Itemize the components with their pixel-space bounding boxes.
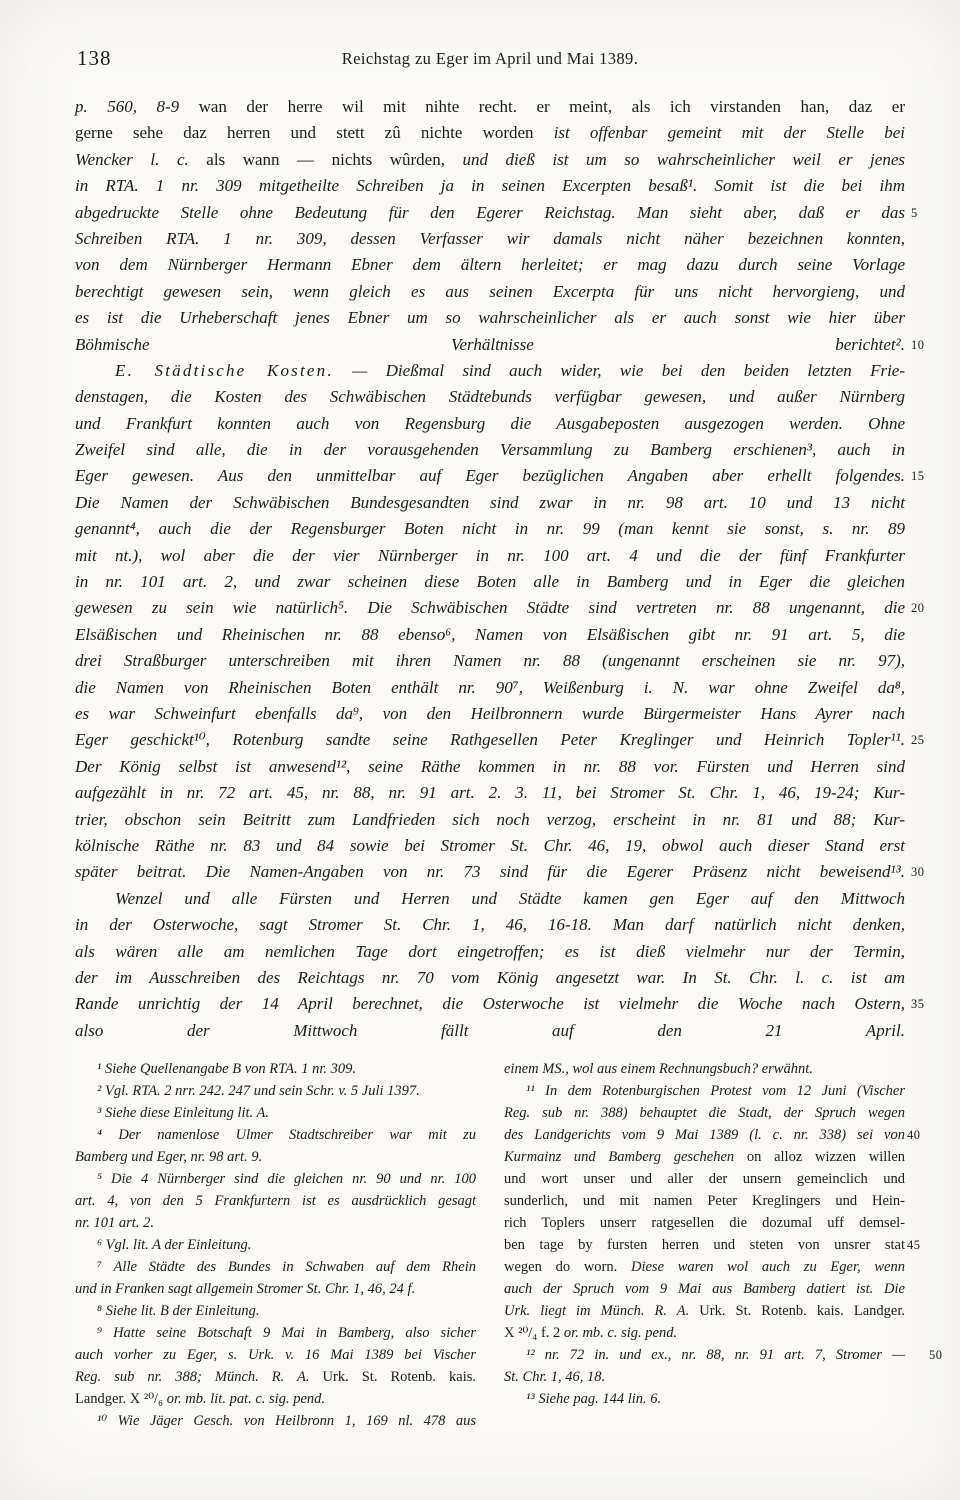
text-segment: rich Toplers unserr ratgesellen die dozu… (504, 1215, 905, 1231)
text-line: denstagen, die Kosten des Schwäbischen S… (75, 384, 905, 410)
text-line: Zweifel sind alle, die in der vorausgehe… (75, 437, 905, 463)
text-line: Rande unrichtig der 14 April berechnet, … (75, 991, 905, 1017)
text-segment: Der König selbst ist anwesend¹², seine R… (75, 757, 905, 776)
text-line: X ²⁰/₄ f. 2 or. mb. c. sig. pend. (504, 1322, 905, 1344)
text-line: wegen do worn. Diese waren wol auch zu E… (504, 1256, 905, 1278)
text-line: ⁴ Der namenlose Ulmer Stadtschreiber war… (75, 1124, 476, 1146)
text-segment: E. Städtische Kosten. (115, 361, 334, 380)
text-segment: es war Schweinfurt ebenfalls da⁹, von de… (75, 704, 905, 723)
text-segment: ³ Siehe diese Einleitung lit. A. (97, 1105, 269, 1121)
text-line: und wort unser und aller der unsern geme… (504, 1168, 905, 1190)
margin-line-number: 45 (907, 1234, 937, 1256)
text-line: gerne sehe daz herren und stett zû nicht… (75, 120, 905, 146)
text-segment: or. mb. lit. pat. c. sig. pend. (167, 1391, 325, 1407)
text-line: nr. 101 art. 2. (75, 1212, 476, 1234)
footnote-column-left: ¹ Siehe Quellenangabe B von RTA. 1 nr. 3… (75, 1058, 476, 1432)
text-line: des Landgerichts vom 9 Mai 1389 (l. c. n… (504, 1124, 905, 1146)
text-segment: einem MS., wol aus einem Rechnungsbuch? … (504, 1061, 813, 1077)
text-segment: nr. 101 art. 2. (75, 1215, 154, 1231)
text-segment: ist offenbar gemeint mit der Stelle bei (554, 123, 905, 142)
margin-line-number: 50 (907, 1344, 937, 1366)
text-line: die Namen von Rheinischen Boten enthält … (75, 675, 905, 701)
text-segment: ⁶ Vgl. lit. A der Einleitung. (97, 1237, 251, 1253)
text-line: sunderlich, und mit namen Peter Kregling… (504, 1190, 905, 1212)
margin-line-number: 20 (911, 595, 941, 621)
text-segment: ¹⁰ Wie Jäger Gesch. von Heilbronn 1, 169… (97, 1413, 476, 1429)
text-line: der im Ausschreiben des Reichtags nr. 70… (75, 965, 905, 991)
text-segment: als wären alle am nemlichen Tage dort ei… (75, 942, 905, 961)
text-line: und in Franken sagt allgemein Stromer St… (75, 1278, 476, 1300)
text-segment: ⁴ Der namenlose Ulmer Stadtschreiber war… (97, 1127, 476, 1143)
text-segment: Böhmische Verhältnisse berichtet². (75, 335, 905, 354)
text-line: mit nt.), wol aber die der vier Nürnberg… (75, 543, 905, 569)
text-line: ² Vgl. RTA. 2 nrr. 242. 247 und sein Sch… (75, 1080, 476, 1102)
text-segment: Die Namen der Schwäbischen Bundesgesandt… (75, 493, 905, 512)
text-line: Urk. liegt im Münch. R. A. Urk. St. Rote… (504, 1300, 905, 1322)
text-segment: der im Ausschreiben des Reichtags nr. 70… (75, 968, 905, 987)
text-segment: sunderlich, und mit namen Peter Kregling… (504, 1193, 905, 1209)
running-title: Reichstag zu Eger im April und Mai 1389. (75, 49, 905, 69)
text-segment: St. Chr. 1, 46, 18. (504, 1369, 605, 1385)
text-line: Wencker l. c. als wann — nichts wûrden, … (75, 147, 905, 173)
text-segment: es ist die Urheberschaft jenes Ebner um … (75, 308, 905, 327)
text-segment: ¹ Siehe Quellenangabe B von RTA. 1 nr. 3… (97, 1061, 356, 1077)
text-segment: Landger. X ²⁰/₆ (75, 1391, 167, 1407)
text-segment: genannt⁴, auch die der Regensburger Bote… (75, 519, 905, 538)
text-segment: ² Vgl. RTA. 2 nrr. 242. 247 und sein Sch… (97, 1083, 420, 1099)
main-text-block: p. 560, 8-9 wan der herre wil mit nihte … (75, 94, 905, 1044)
text-segment: in RTA. 1 nr. 309 mitgetheilte Schreiben… (75, 176, 905, 195)
text-line: ⁷ Alle Städte des Bundes in Schwaben auf… (75, 1256, 476, 1278)
text-segment: Schreiben RTA. 1 nr. 309, dessen Verfass… (75, 229, 905, 248)
running-head: 138 Reichstag zu Eger im April und Mai 1… (75, 46, 905, 76)
text-segment: or. mb. c. sig. pend. (564, 1325, 677, 1341)
text-line: Eger gewesen. Aus den unmittelbar auf Eg… (75, 463, 905, 489)
text-segment: Kurmainz und Bamberg geschehen (504, 1149, 747, 1165)
text-segment: p. 560, 8-9 (75, 97, 199, 116)
text-line: Böhmische Verhältnisse berichtet².10 (75, 332, 905, 358)
text-segment: ¹³ Siehe pag. 144 lin. 6. (526, 1391, 661, 1407)
text-segment: drei Straßburger unterschreiben mit ihre… (75, 651, 905, 670)
text-segment: Wenzel und alle Fürsten und Herren und S… (115, 889, 905, 908)
text-segment: art. 4, von den 5 Frankfurtern ist es au… (75, 1193, 476, 1209)
text-line: Bamberg und Eger, nr. 98 art. 9. (75, 1146, 476, 1168)
text-segment: Elsäßischen und Rheinischen nr. 88 ebens… (75, 625, 905, 644)
text-line: ³ Siehe diese Einleitung lit. A. (75, 1102, 476, 1124)
text-segment: ¹¹ In dem Rotenburgischen Protest vom 12… (526, 1083, 905, 1099)
text-segment: on alloz wizzen willen (747, 1149, 905, 1165)
text-segment: von dem Nürnberger Hermann Ebner dem ält… (75, 255, 905, 274)
text-segment: denstagen, die Kosten des Schwäbischen S… (75, 387, 905, 406)
text-line: Landger. X ²⁰/₆ or. mb. lit. pat. c. sig… (75, 1388, 476, 1410)
text-segment: auch vorher zu Eger, s. Urk. v. 16 Mai 1… (75, 1347, 476, 1363)
text-line: Reg. sub nr. 388; Münch. R. A. Urk. St. … (75, 1366, 476, 1388)
text-line: später beitrat. Die Namen-Angaben von nr… (75, 859, 905, 885)
text-segment: Urk. St. Rotenb. kais. Landger. (699, 1303, 905, 1319)
margin-line-number: 25 (911, 727, 941, 753)
text-segment: und dieß ist um so wahrscheinlicher weil… (463, 150, 905, 169)
text-segment: ¹² nr. 72 in. und ex., nr. 88, nr. 91 ar… (526, 1347, 905, 1363)
text-segment: Reg. sub nr. 388; Münch. R. A. (75, 1369, 323, 1385)
text-segment: wan der herre wil mit nihte recht. er me… (199, 97, 905, 116)
text-segment: Wencker l. c. (75, 150, 206, 169)
text-segment: Reg. sub nr. 388) behauptet die Stadt, d… (504, 1105, 905, 1121)
text-line: ⁶ Vgl. lit. A der Einleitung. (75, 1234, 476, 1256)
text-line: abgedruckte Stelle ohne Bedeutung für de… (75, 200, 905, 226)
text-line: in nr. 101 art. 2, und zwar scheinen die… (75, 569, 905, 595)
text-segment: ⁷ Alle Städte des Bundes in Schwaben auf… (97, 1259, 476, 1275)
text-line: kölnische Räthe nr. 83 und 84 sowie bei … (75, 833, 905, 859)
margin-line-number: 35 (911, 991, 941, 1017)
footnote-column-right: einem MS., wol aus einem Rechnungsbuch? … (504, 1058, 905, 1432)
margin-line-number: 5 (911, 200, 941, 226)
text-line: E. Städtische Kosten. — Dießmal sind auc… (75, 358, 905, 384)
text-line: ¹³ Siehe pag. 144 lin. 6. (504, 1388, 905, 1410)
text-segment: ⁵ Die 4 Nürnberger sind die gleichen nr.… (97, 1171, 476, 1187)
text-line: es ist die Urheberschaft jenes Ebner um … (75, 305, 905, 331)
text-segment: ben tage by fursten herren und steten vo… (504, 1237, 905, 1253)
text-line: Eger geschickt¹⁰, Rotenburg sandte seine… (75, 727, 905, 753)
margin-line-number: 40 (907, 1124, 937, 1146)
text-segment: die Namen von Rheinischen Boten enthält … (75, 678, 905, 697)
text-segment: als wann — nichts wûrden, (206, 150, 462, 169)
text-line: Reg. sub nr. 388) behauptet die Stadt, d… (504, 1102, 905, 1124)
text-line: und Frankfurt konnten auch von Regensbur… (75, 411, 905, 437)
margin-line-number: 30 (911, 859, 941, 885)
text-segment: X ²⁰/₄ f. 2 (504, 1325, 564, 1341)
text-segment: in der Osterwoche, sagt Stromer St. Chr.… (75, 915, 905, 934)
text-line: Die Namen der Schwäbischen Bundesgesandt… (75, 490, 905, 516)
text-line: gewesen zu sein wie natürlich⁵. Die Schw… (75, 595, 905, 621)
text-segment: und wort unser und aller der unsern geme… (504, 1171, 905, 1187)
text-line: ⁸ Siehe lit. B der Einleitung. (75, 1300, 476, 1322)
text-line: trier, obschon sein Beitritt zum Landfri… (75, 807, 905, 833)
text-line: ¹¹ In dem Rotenburgischen Protest vom 12… (504, 1080, 905, 1102)
text-segment: gerne sehe daz herren und stett zû nicht… (75, 123, 554, 142)
text-segment: mit nt.), wol aber die der vier Nürnberg… (75, 546, 905, 565)
text-segment: später beitrat. Die Namen-Angaben von nr… (75, 862, 905, 881)
text-line: als wären alle am nemlichen Tage dort ei… (75, 939, 905, 965)
text-line: es war Schweinfurt ebenfalls da⁹, von de… (75, 701, 905, 727)
text-line: aufgezählt in nr. 72 art. 45, nr. 88, nr… (75, 780, 905, 806)
text-segment: Rande unrichtig der 14 April berechnet, … (75, 994, 905, 1013)
margin-line-number: 10 (911, 332, 941, 358)
text-segment: Diese waren wol auch zu Eger, wenn (631, 1259, 905, 1275)
text-line: einem MS., wol aus einem Rechnungsbuch? … (504, 1058, 905, 1080)
text-line: Der König selbst ist anwesend¹², seine R… (75, 754, 905, 780)
text-line: in RTA. 1 nr. 309 mitgetheilte Schreiben… (75, 173, 905, 199)
text-line: art. 4, von den 5 Frankfurtern ist es au… (75, 1190, 476, 1212)
text-line: ⁹ Hatte seine Botschaft 9 Mai in Bamberg… (75, 1322, 476, 1344)
text-segment: Urk. St. Rotenb. kais. (323, 1369, 476, 1385)
text-line: Schreiben RTA. 1 nr. 309, dessen Verfass… (75, 226, 905, 252)
text-segment: Urk. liegt im Münch. R. A. (504, 1303, 699, 1319)
footnotes-section: ¹ Siehe Quellenangabe B von RTA. 1 nr. 3… (75, 1058, 905, 1432)
text-segment: in nr. 101 art. 2, und zwar scheinen die… (75, 572, 905, 591)
text-segment: auch der Spruch vom 9 Mai aus Bamberg da… (504, 1281, 905, 1297)
text-segment: berechtigt gewesen sein, wenn gleich es … (75, 282, 905, 301)
text-line: ben tage by fursten herren und steten vo… (504, 1234, 905, 1256)
text-segment: aufgezählt in nr. 72 art. 45, nr. 88, nr… (75, 783, 905, 802)
text-line: berechtigt gewesen sein, wenn gleich es … (75, 279, 905, 305)
text-line: in der Osterwoche, sagt Stromer St. Chr.… (75, 912, 905, 938)
text-line: ¹⁰ Wie Jäger Gesch. von Heilbronn 1, 169… (75, 1410, 476, 1432)
text-line: von dem Nürnberger Hermann Ebner dem ält… (75, 252, 905, 278)
text-line: genannt⁴, auch die der Regensburger Bote… (75, 516, 905, 542)
text-segment: des Landgerichts vom 9 Mai 1389 (l. c. n… (504, 1127, 905, 1143)
text-segment: — Dießmal sind auch wider, wie bei den b… (334, 361, 905, 380)
text-line: drei Straßburger unterschreiben mit ihre… (75, 648, 905, 674)
text-line: also der Mittwoch fällt auf den 21 April… (75, 1018, 905, 1044)
text-line: Wenzel und alle Fürsten und Herren und S… (75, 886, 905, 912)
text-line: p. 560, 8-9 wan der herre wil mit nihte … (75, 94, 905, 120)
text-segment: abgedruckte Stelle ohne Bedeutung für de… (75, 203, 905, 222)
text-segment: Bamberg und Eger, nr. 98 art. 9. (75, 1149, 262, 1165)
text-segment: ⁹ Hatte seine Botschaft 9 Mai in Bamberg… (97, 1325, 476, 1341)
text-line: ¹² nr. 72 in. und ex., nr. 88, nr. 91 ar… (504, 1344, 905, 1366)
text-segment: also der Mittwoch fällt auf den 21 April… (75, 1021, 905, 1040)
text-line: ¹ Siehe Quellenangabe B von RTA. 1 nr. 3… (75, 1058, 476, 1080)
text-segment: trier, obschon sein Beitritt zum Landfri… (75, 810, 905, 829)
text-line: rich Toplers unserr ratgesellen die dozu… (504, 1212, 905, 1234)
text-segment: gewesen zu sein wie natürlich⁵. Die Schw… (75, 598, 905, 617)
text-segment: kölnische Räthe nr. 83 und 84 sowie bei … (75, 836, 905, 855)
text-segment: wegen do worn. (504, 1259, 631, 1275)
margin-line-number: 15 (911, 463, 941, 489)
text-segment: und in Franken sagt allgemein Stromer St… (75, 1281, 415, 1297)
text-segment: Zweifel sind alle, die in der vorausgehe… (75, 440, 905, 459)
text-segment: Eger geschickt¹⁰, Rotenburg sandte seine… (75, 730, 905, 749)
text-line: auch vorher zu Eger, s. Urk. v. 16 Mai 1… (75, 1344, 476, 1366)
text-segment: und Frankfurt konnten auch von Regensbur… (75, 414, 905, 433)
text-line: Kurmainz und Bamberg geschehen on alloz … (504, 1146, 905, 1168)
scanned-book-page: 138 Reichstag zu Eger im April und Mai 1… (0, 0, 960, 1500)
text-line: St. Chr. 1, 46, 18. (504, 1366, 905, 1388)
text-line: auch der Spruch vom 9 Mai aus Bamberg da… (504, 1278, 905, 1300)
text-segment: ⁸ Siehe lit. B der Einleitung. (97, 1303, 260, 1319)
text-line: ⁵ Die 4 Nürnberger sind die gleichen nr.… (75, 1168, 476, 1190)
text-line: Elsäßischen und Rheinischen nr. 88 ebens… (75, 622, 905, 648)
text-segment: Eger gewesen. Aus den unmittelbar auf Eg… (75, 466, 905, 485)
